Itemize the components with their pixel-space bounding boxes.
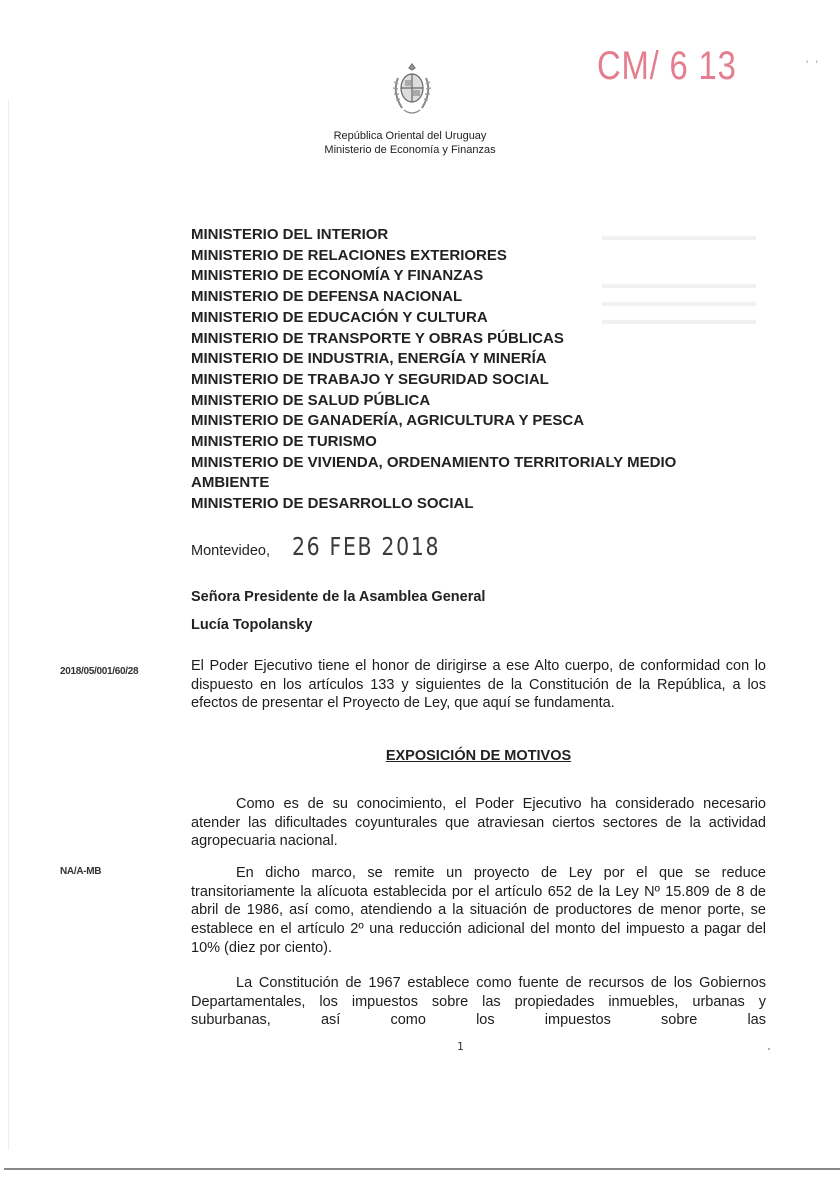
letterhead-country: República Oriental del Uruguay	[290, 129, 530, 143]
ministry-item: MINISTERIO DE DESARROLLO SOCIAL	[191, 494, 751, 515]
body-paragraph: Como es de su conocimiento, el Poder Eje…	[191, 795, 766, 851]
section-title: EXPOSICIÓN DE MOTIVOS	[191, 748, 766, 764]
stamp-marks: ' '	[806, 58, 820, 72]
registry-stamp: CM/ 6 13	[597, 44, 737, 89]
body-paragraph: La Constitución de 1967 establece como f…	[191, 974, 766, 1030]
addressee-name: Lucía Topolansky	[191, 611, 485, 639]
letterhead: República Oriental del Uruguay Ministeri…	[290, 129, 530, 157]
ministry-item: MINISTERIO DE GANADERÍA, AGRICULTURA Y P…	[191, 411, 751, 432]
date-place: Montevideo,	[191, 543, 270, 559]
ministry-item: MINISTERIO DE VIVIENDA, ORDENAMIENTO TER…	[191, 453, 711, 494]
intro-paragraph: El Poder Ejecutivo tiene el honor de dir…	[191, 657, 766, 713]
ministries-list: MINISTERIO DEL INTERIOR MINISTERIO DE RE…	[191, 225, 751, 515]
body-paragraph: En dicho marco, se remite un proyecto de…	[191, 864, 766, 958]
scan-edge	[8, 100, 9, 1150]
page-bottom-edge	[4, 1168, 840, 1170]
ministry-item: MINISTERIO DE TURISMO	[191, 432, 751, 453]
coat-of-arms-icon	[386, 58, 438, 120]
ministry-item: MINISTERIO DEL INTERIOR	[191, 225, 751, 246]
date-line: Montevideo, 26 FEB 2018	[191, 532, 473, 561]
addressee-title: Señora Presidente de la Asamblea General	[191, 583, 485, 611]
page-number: 1	[457, 1040, 464, 1053]
scan-speck	[768, 1048, 770, 1050]
letterhead-ministry: Ministerio de Economía y Finanzas	[290, 143, 530, 157]
addressee: Señora Presidente de la Asamblea General…	[191, 583, 485, 639]
ministry-item: MINISTERIO DE RELACIONES EXTERIORES	[191, 246, 751, 267]
ministry-item: MINISTERIO DE SALUD PÚBLICA	[191, 391, 751, 412]
ministry-item: MINISTERIO DE EDUCACIÓN Y CULTURA	[191, 308, 751, 329]
file-number: 2018/05/001/60/28	[60, 666, 138, 677]
document-page: ▬▬▬▬▬▬▬▬▬▬▬ ▬▬▬▬▬▬▬▬▬▬▬ ▬▬▬▬▬▬▬▬▬▬▬ ▬▬▬▬…	[0, 0, 840, 1187]
date-stamp: 26 FEB 2018	[292, 532, 440, 561]
initials-reference: NA/A-MB	[60, 866, 101, 877]
ministry-item: MINISTERIO DE ECONOMÍA Y FINANZAS	[191, 266, 751, 287]
ministry-item: MINISTERIO DE INDUSTRIA, ENERGÍA Y MINER…	[191, 349, 751, 370]
ministry-item: MINISTERIO DE TRABAJO Y SEGURIDAD SOCIAL	[191, 370, 751, 391]
ministry-item: MINISTERIO DE TRANSPORTE Y OBRAS PÚBLICA…	[191, 329, 751, 350]
ministry-item: MINISTERIO DE DEFENSA NACIONAL	[191, 287, 751, 308]
